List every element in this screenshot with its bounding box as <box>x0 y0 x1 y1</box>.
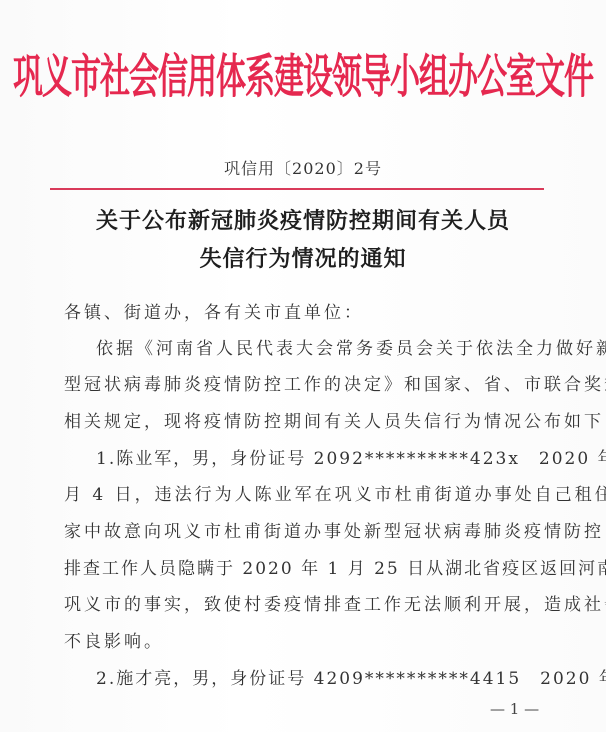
body-line: 巩义市的事实，致使村委疫情排查工作无法顺利开展，造成社会 <box>64 594 544 616</box>
document-header-title: 巩义市社会信用体系建设领导小组办公室文件 <box>0 52 606 105</box>
body-line-item-1: 1.陈业军，男，身份证号 2092**********423x 2020 年 2 <box>96 448 576 470</box>
body-line: 依据《河南省人民代表大会常务委员会关于依法全力做好新 <box>96 338 576 360</box>
body-line: 月 4 日，违法行为人陈业军在巩义市杜甫街道办事处自己租住的 <box>64 484 544 506</box>
red-divider-rule <box>50 188 544 190</box>
document-page: 巩义市社会信用体系建设领导小组办公室文件 巩信用〔2020〕2号 关于公布新冠肺… <box>0 0 606 732</box>
body-line: 家中故意向巩义市杜甫街道办事处新型冠状病毒肺炎疫情防控 <box>64 521 544 543</box>
salutation: 各镇、街道办，各有关市直单位： <box>64 302 544 324</box>
notice-title-line-1: 关于公布新冠肺炎疫情防控期间有关人员 <box>0 204 606 235</box>
body-line-item-2: 2.施才亮，男，身份证号 4209**********4415 2020 年 2 <box>96 668 576 690</box>
body-line: 型冠状病毒肺炎疫情防控工作的决定》和国家、省、市联合奖惩 <box>64 374 544 396</box>
document-number: 巩信用〔2020〕2号 <box>0 156 606 179</box>
body-line: 排查工作人员隐瞒于 2020 年 1 月 25 日从湖北省疫区返回河南省 <box>64 558 544 580</box>
body-line: 相关规定，现将疫情防控期间有关人员失信行为情况公布如下： <box>64 411 544 433</box>
body-line: 不良影响。 <box>64 631 544 653</box>
notice-title-line-2: 失信行为情况的通知 <box>0 242 606 273</box>
page-number: — 1 — <box>490 700 539 718</box>
